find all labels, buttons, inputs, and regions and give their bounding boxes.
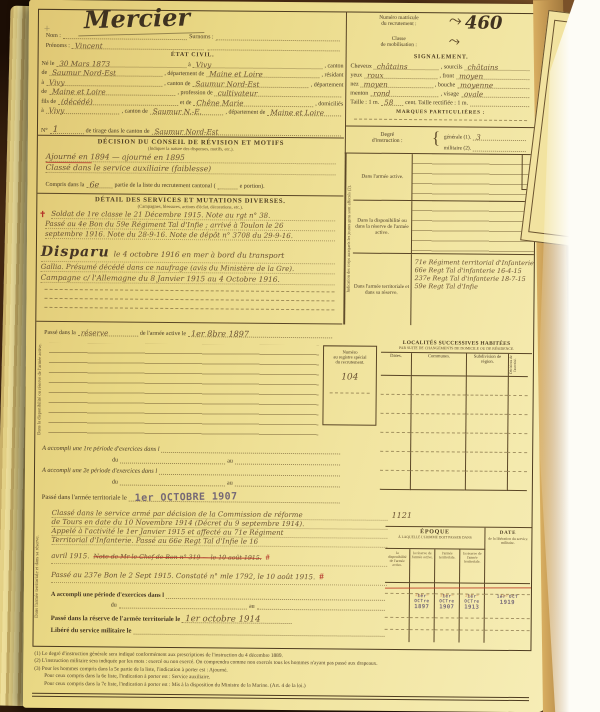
ec-l2c: , département de <box>164 71 204 77</box>
epoque-col-2: la réserve de l'armée active. <box>410 549 435 583</box>
epoque-stamp-2b: 1907 <box>435 604 459 610</box>
nom-label: Nom : <box>46 33 61 39</box>
pres-d: 1er 8bre 1897 <box>191 329 249 339</box>
ec-l5a: fils de <box>41 98 56 104</box>
ec-l6e: , département de <box>225 109 265 115</box>
sig-r2b: roux <box>367 71 384 80</box>
terr-au: au <box>249 604 255 610</box>
periode1-label: A accompli une 1re période d'exercices d… <box>42 445 159 453</box>
affectations-section: Indication des corps auxquels les jeunes… <box>343 152 534 326</box>
classe-label-2: de mobilisation : <box>353 42 445 49</box>
ec-l3a: à <box>41 79 44 85</box>
territoriale-label: Passé dans l'armée territoriale le <box>42 494 127 502</box>
ec-l1d: Vivy <box>196 60 212 69</box>
epoque-subtitle: À LAQUELLE L'HOMME DOIT PASSER DANS <box>385 535 484 540</box>
terr-reserve-label: Passé dans la réserve de l'armée territo… <box>51 615 181 623</box>
sig-r1a: Cheveux <box>351 64 372 70</box>
ec-l1a: Né le <box>42 60 55 66</box>
ledger-photo: + Mercier Nom : Surnoms : Prénoms : Vinc… <box>0 0 600 712</box>
signalement-section: SIGNALEMENT. Cheveuxchâtains, sourcilsch… <box>345 53 536 127</box>
aff-row1-label: Dans l'armée active. <box>353 174 411 181</box>
ec-l5e: , domiciliés <box>315 101 343 107</box>
terr-line-5-struck: Note de Mr le Chef de Bon n° 319 — le 10… <box>93 553 261 561</box>
red-hash-mark-1: # <box>266 553 270 562</box>
disponibilite-block: Dans la disponibilité ou réserve de l'ar… <box>36 343 319 437</box>
instruction-militaire-label: militaire (2). <box>444 145 471 151</box>
ec-l3b: Vivy <box>49 77 65 86</box>
sig-r2a: yeux <box>350 73 362 79</box>
ec-l2e: , résidant <box>321 72 343 78</box>
bottom-double-rule <box>32 693 529 701</box>
ec-l5d: Chêne Marie <box>196 98 243 107</box>
ec-l6d: Saumur N.-E. <box>153 107 202 116</box>
matricule-box: Numéro matricule du recrutement : ⤳ 460 … <box>346 11 536 55</box>
sig-r4b: rond <box>373 89 390 98</box>
sig-r3d: moyenne <box>460 80 493 89</box>
territorial-section: Dans l'armée territoriale et dans sa rés… <box>34 509 387 648</box>
ec-l5c: et de <box>180 100 192 106</box>
red-check-mark: ✝ <box>39 210 46 219</box>
sig-r4a: menton <box>350 91 368 97</box>
ec-l4d: cultivateur <box>218 88 258 97</box>
periode1-du: du <box>112 457 118 463</box>
matricule-brace: ⤳ <box>449 12 462 30</box>
terr-reserve-date: 1er octobre 1914 <box>185 614 260 625</box>
red-hash-mark-2: # <box>319 571 324 581</box>
instruction-generale-value: 3 <box>476 133 481 142</box>
epoque-stamp-3a: 1er OCTre <box>460 595 484 605</box>
localites-col-dates: Dates. <box>381 353 411 376</box>
instruction-generale-label: générale (1). <box>444 134 471 140</box>
dec-compris-d: e portion). <box>240 184 265 190</box>
localites-col-decisions: Décisions de l'autorité. <box>508 354 528 377</box>
ec-l2d: Maine et Loire <box>209 69 263 78</box>
epoque-section: ÉPOQUE À LAQUELLE L'HOMME DOIT PASSER DA… <box>384 526 531 650</box>
dec-compris-c: partie de la liste du recrutement canton… <box>114 182 215 189</box>
services-section: DÉTAIL DES SERVICES ET MUTATIONS DIVERSE… <box>36 193 343 325</box>
localites-section: LOCALITÉS SUCCESSIVES HABITÉES PAR SUITE… <box>380 340 532 509</box>
sig-taille-c: cent. Taille rectifiée : 1 m. <box>405 100 468 107</box>
periode1-au: au <box>227 458 233 464</box>
register-page: + Mercier Nom : Surnoms : Prénoms : Vinc… <box>23 0 553 712</box>
ec-l2a: de <box>41 70 47 76</box>
classe-brace: ⤳ <box>449 34 460 50</box>
ec-l4b: Maine et Loire <box>52 87 106 96</box>
campagne-line: Campagne c/ l'Allemagne du 8 Janvier 191… <box>41 273 335 286</box>
epoque-stamp-4b: 1919 <box>485 600 530 606</box>
periode2-du: du <box>112 479 118 485</box>
services-line-3: septembre 1916. Note du 28-9-16. Note de… <box>45 230 335 242</box>
instruction-label-2: d'instruction : <box>372 138 403 144</box>
margin-label-territoriale: Dans l'armée territoriale et dans sa rés… <box>34 509 47 645</box>
terr-du: du <box>111 602 117 608</box>
prenoms-label: Prénoms : <box>46 43 70 49</box>
ec-l5b: (décédé) <box>61 97 93 106</box>
ec-l1e: , canton <box>325 63 344 69</box>
sig-r4c: , visage <box>441 91 459 97</box>
ec-l7c: de tirage dans le canton de <box>86 128 150 135</box>
etat-civil-section: ÉTAT CIVIL. Né le30 Mars 1873àVivy, cant… <box>41 51 344 138</box>
epoque-stamp-1b: 1897 <box>410 604 434 610</box>
periode2-au: au <box>227 480 233 486</box>
sig-r3b: moyen <box>364 80 388 89</box>
ec-l6f: Maine et Loire <box>270 108 324 117</box>
ec-l1c: à <box>188 62 191 68</box>
pres-a: Passé dans la <box>44 330 76 336</box>
periodes-section: A accompli une 1re période d'exercices d… <box>42 441 343 510</box>
aff-row2-lines <box>411 201 535 254</box>
aff-row1-lines <box>411 154 535 201</box>
aff-row2-label: Dans la disponibilité ou dans la réserve… <box>353 218 411 237</box>
sig-r3a: nez <box>350 82 358 88</box>
matricule-form: + Mercier Nom : Surnoms : Prénoms : Vinc… <box>32 3 538 711</box>
pres-c: de l'armée active le <box>140 331 186 337</box>
disparu-line-1: le 4 octobre 1916 en mer à bord du trans… <box>114 249 285 259</box>
epoque-stamp-2a: 1er OCTre <box>435 594 459 604</box>
aff-regiment-4: 59e Regt Tal d'Infie <box>414 282 533 291</box>
ec-l7b: 1 <box>53 125 59 135</box>
ec-l4a: de <box>41 89 47 95</box>
passe-reserve-line: Passé dans la réserve de l'armée active … <box>36 321 342 339</box>
localites-col-subdivision: Subdivision de région. <box>466 354 508 377</box>
periode2-label: A accompli une 2e période d'exercices da… <box>42 467 157 475</box>
matricule-label-2: du recrutement : <box>353 21 445 28</box>
terr-line-6: Passé au 237e Bon le 2 Sept 1915. Consta… <box>51 571 315 581</box>
sig-r4d: ovale <box>464 90 483 99</box>
epoque-date-subtitle: de la libération du service militaire. <box>485 536 530 546</box>
dec-compris-b: 6e <box>89 180 99 189</box>
terr-line-5: avril 1915. <box>51 552 89 560</box>
disponibilite-ruled-lines <box>48 343 319 437</box>
epoque-col-3: l'armée territoriale. <box>435 549 460 583</box>
ec-l7a: N° <box>41 128 48 134</box>
dec-compris-a: Compris dans la <box>45 182 84 188</box>
ec-l6b: Vivy <box>49 106 65 115</box>
registre-value: 104 <box>324 372 376 382</box>
sig-taille-a: Taille : 1 m. <box>350 100 379 106</box>
sig-r2d: moyen <box>459 71 483 80</box>
sig-r2c: , front <box>439 73 454 79</box>
prenoms-line: Prénoms : Vincent <box>46 40 342 52</box>
sig-r1d: châtains <box>467 63 498 72</box>
sig-r3c: , bouche <box>435 82 455 88</box>
matricule-value: 460 <box>465 13 503 34</box>
prenoms-value: Vincent <box>75 41 103 50</box>
decision-line-2: Classé dans le service auxiliaire (faibl… <box>46 163 336 176</box>
ec-l2b: Saumur Nord-Est <box>52 68 116 78</box>
surnoms-label: Surnoms : <box>189 34 214 40</box>
instruction-section: Degré d'instruction : { générale (1).3 m… <box>345 125 535 155</box>
affectations-rotated-label: Indication des corps auxquels les jeunes… <box>344 153 353 324</box>
sig-r1b: châtains <box>377 62 408 71</box>
localites-col-communes: Communes. <box>411 353 466 376</box>
terr-exercices-label: A accompli une période d'exercices dans … <box>51 591 164 599</box>
sig-r1c: , sourcils <box>441 64 463 70</box>
footnotes: (1) Le degré d'instruction générale sera… <box>34 651 530 692</box>
epoque-col-4: la réserve de l'armée territoriale. <box>460 550 485 584</box>
ec-l3d: Saumur Nord-Est <box>195 79 259 89</box>
marginal-number: 1121 <box>392 511 412 520</box>
epoque-stamp-1a: 1er OCTre <box>410 594 434 604</box>
ec-l6a: à <box>41 108 44 114</box>
aff-row3-label: Dans l'armée territoriale et dans sa rés… <box>352 283 410 296</box>
registre-label-3: du recrutement. <box>324 359 376 364</box>
marques-label: MARQUES PARTICULIÈRES : <box>346 108 535 116</box>
territoriale-date-stamp: 1er OCTOBRE 1907 <box>135 491 238 504</box>
margin-label-disponibilite: Dans la disponibilité ou réserve de l'ar… <box>36 343 49 435</box>
ec-l3e: , département <box>311 82 344 88</box>
epoque-stamp-3b: 1913 <box>460 605 484 611</box>
localites-subtitle: PAR SUITE DE CHANGEMENTS DE DOMICILE OU … <box>381 346 532 351</box>
ec-l4c: , profession de <box>178 90 213 96</box>
decision-section: DÉCISION DU CONSEIL DE RÉVISION ET MOTIF… <box>37 135 344 197</box>
terr-libere-label: Libéré du service militaire le <box>51 627 132 635</box>
instruction-brace: { <box>432 128 440 148</box>
ec-l6c: , canton de <box>122 109 148 115</box>
sig-taille-b: 58 <box>384 98 393 107</box>
registre-special-box: Numéro au registre spécial du recrutemen… <box>322 345 377 425</box>
pres-b: réserve <box>81 328 108 337</box>
ec-l3c: , canton de <box>164 80 190 86</box>
epoque-col-1: la disponibilité de l'armée active. <box>385 549 410 583</box>
disparu-word: Disparu <box>41 244 110 261</box>
localites-col-decisions-label: Décisions de l'autorité. <box>509 354 528 376</box>
ec-l1b: 30 Mars 1873 <box>59 58 110 67</box>
